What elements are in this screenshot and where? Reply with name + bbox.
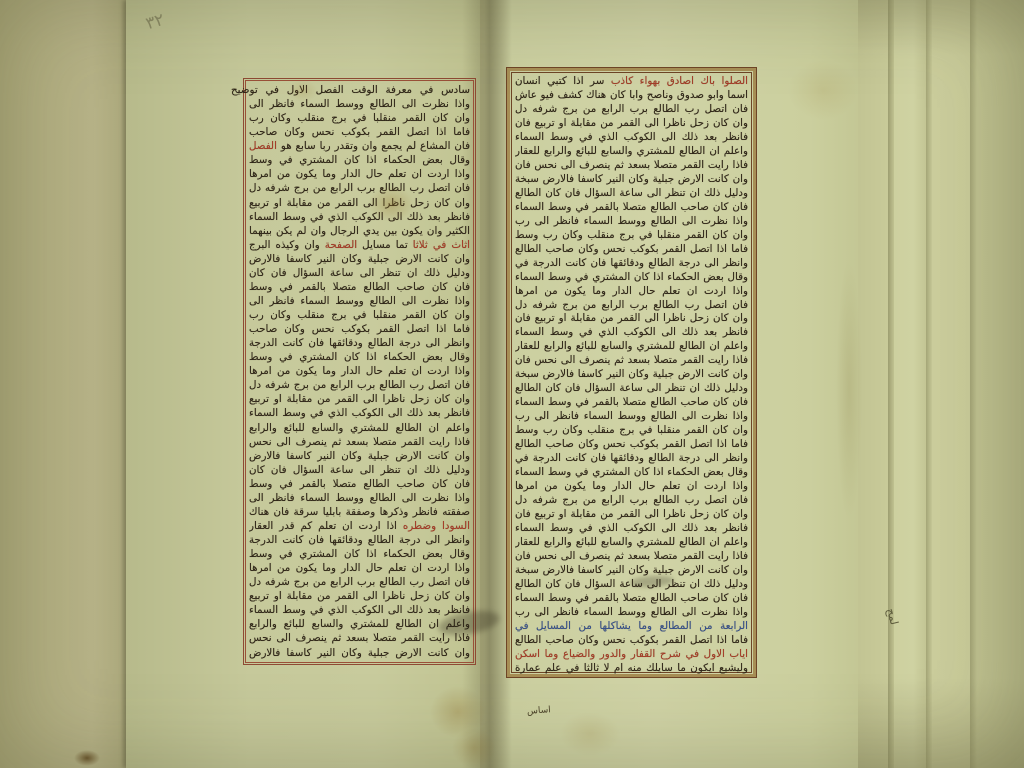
- text-line: وان كان زحل ناظرا الى القمر من مقابلة او…: [515, 117, 748, 131]
- body-text: فاذا رايت القمر متصلا بسعد ثم ينصرف الى …: [249, 632, 470, 645]
- text-line: اسما وابو صدوق وناصح وابا كان هناك كشف ف…: [515, 89, 748, 103]
- text-line: فان اتصل رب الطالع برب الرابع من برج شرف…: [249, 181, 470, 195]
- text-line: فاما اذا اتصل القمر بكوكب نحس وكان صاحب …: [515, 438, 748, 452]
- text-line: وقال بعض الحكماء اذا كان المشتري في وسط …: [249, 153, 470, 167]
- text-line: فان اتصل رب الطالع برب الرابع من برج شرف…: [515, 494, 748, 508]
- text-line: فانظر بعد ذلك الى الكوكب الذي في وسط الس…: [249, 406, 470, 420]
- body-text: واذا نظرت الى الطالع ووسط السماء فانظر ا…: [515, 215, 748, 229]
- text-line: واعلم ان الطالع للمشتري والسابع للبائع و…: [249, 421, 470, 435]
- open-book-photo: ٣٢ سادس في معرفة الوقت الفصل الاول في تو…: [0, 0, 1024, 768]
- body-text: واذا اردت ان تعلم حال الدار وما يكون من …: [249, 365, 470, 378]
- body-text: ودليل ذلك ان تنظر الى ساعة السؤال فان كا…: [515, 382, 748, 396]
- text-line: الكثير وان يكون بين يدي الرجال وان لم يك…: [249, 224, 470, 238]
- body-text: فاما اذا اتصل القمر بكوكب نحس وكان صاحب …: [515, 438, 748, 452]
- body-text: واذا نظرت الى الطالع ووسط السماء فانظر ا…: [515, 606, 748, 620]
- text-line: فان كان صاحب الطالع متصلا بالقمر في وسط …: [249, 477, 470, 491]
- text-line: واذا نظرت الى الطالع ووسط السماء فانظر ا…: [515, 410, 748, 424]
- book-cover-edge-left: [0, 0, 132, 768]
- text-line: وقال بعض الحكماء اذا كان المشتري في وسط …: [249, 350, 470, 364]
- text-line: واعلم ان الطالع للمشتري والسابع للبائع و…: [249, 617, 470, 631]
- body-text: ودليل ذلك ان تنظر الى ساعة السؤال فان كا…: [249, 267, 470, 280]
- body-text: فاذا رايت القمر متصلا بسعد ثم ينصرف الى …: [515, 550, 748, 564]
- text-line: ودليل ذلك ان تنظر الى ساعة السؤال فان كا…: [515, 382, 748, 396]
- text-line: وليشيع ايكون ما سايلك منه ام لا ثالثا في…: [515, 662, 748, 676]
- body-text: واعلم ان الطالع للمشتري والسابع للبائع و…: [515, 145, 748, 159]
- body-text: فانظر بعد ذلك الى الكوكب الذي في وسط الس…: [515, 522, 748, 536]
- body-text: فان كان صاحب الطالع متصلا بالقمر في وسط …: [249, 281, 470, 294]
- text-line: واذا نظرت الى الطالع ووسط السماء فانظر ا…: [249, 97, 470, 111]
- rubricated-text: اياب الاول في شرح القفار والدور والضياع …: [515, 648, 748, 662]
- text-line: وان كانت الارض جبلية وكان النير كاسفا فا…: [249, 449, 470, 463]
- text-line: السودا وضطره اذا اردت ان تعلم كم قدر الع…: [249, 519, 470, 533]
- text-line: واعلم ان الطالع للمشتري والسابع للبائع و…: [515, 340, 748, 354]
- body-text: فانظر بعد ذلك الى الكوكب الذي في وسط الس…: [249, 604, 470, 617]
- text-line: وان كان زحل ناظرا الى القمر من مقابلة او…: [515, 312, 748, 326]
- text-line: واعلم ان الطالع للمشتري والسابع للبائع و…: [515, 536, 748, 550]
- body-text: فاما اذا اتصل القمر بكوكب نحس وكان صاحب …: [249, 323, 470, 336]
- text-line: وقال بعض الحكماء اذا كان المشتري في وسط …: [249, 547, 470, 561]
- body-text: ودليل ذلك ان تنظر الى ساعة السؤال فان كا…: [515, 187, 748, 201]
- body-text: فان اتصل رب الطالع برب الرابع من برج شرف…: [515, 299, 748, 313]
- text-line: فاذا رايت القمر متصلا بسعد ثم ينصرف الى …: [515, 354, 748, 368]
- body-text: وان كان زحل ناظرا الى القمر من مقابلة او…: [249, 197, 470, 210]
- text-line: وان كان زحل ناظرا الى القمر من مقابلة او…: [249, 589, 470, 603]
- fore-edge-pages: [858, 0, 1024, 768]
- text-line: فانظر بعد ذلك الى الكوكب الذي في وسط الس…: [515, 131, 748, 145]
- body-text: وان كان زحل ناظرا الى القمر من مقابلة او…: [515, 312, 748, 326]
- page-edge-line: [888, 0, 894, 768]
- text-line: فان اتصل رب الطالع برب الرابع من برج شرف…: [249, 378, 470, 392]
- body-text: واذا نظرت الى الطالع ووسط السماء فانظر ا…: [249, 492, 470, 505]
- body-text: وانظر الى درجة الطالع ودقائقها فان كانت …: [515, 257, 748, 271]
- ink-spot: [74, 750, 100, 766]
- body-text: فان كان صاحب الطالع متصلا بالقمر في وسط …: [249, 478, 470, 491]
- text-line: واذا اردت ان تعلم حال الدار وما يكون من …: [249, 167, 470, 181]
- body-text: وان كانت الارض جبلية وكان النير كاسفا فا…: [249, 647, 470, 660]
- blue-heading-text: الرابعة من المطالع وما يشاكلها من المساي…: [515, 620, 748, 634]
- body-text: وليشيع ايكون ما سايلك منه ام لا ثالثا في…: [515, 662, 748, 676]
- body-text: فان كان صاحب الطالع متصلا بالقمر في وسط …: [515, 396, 748, 410]
- text-line: ودليل ذلك ان تنظر الى ساعة السؤال فان كا…: [249, 463, 470, 477]
- body-text: واذا اردت ان تعلم حال الدار وما يكون من …: [515, 285, 748, 299]
- body-text: تما مسايل: [362, 239, 408, 251]
- body-text: وان كان القمر منقلبا في برج منقلب وكان ر…: [515, 229, 748, 243]
- body-text: فان اتصل رب الطالع برب الرابع من برج شرف…: [249, 182, 470, 195]
- body-text: واعلم ان الطالع للمشتري والسابع للبائع و…: [249, 618, 470, 631]
- text-line: فاما اذا اتصل القمر بكوكب نحس وكان صاحب …: [515, 634, 748, 648]
- rubricated-text: السودا وضطره: [403, 520, 470, 532]
- text-line: الصلوا باك اصادق بهواء كاذب سر اذا كتبي …: [515, 75, 748, 89]
- body-text: واعلم ان الطالع للمشتري والسابع للبائع و…: [249, 422, 470, 435]
- text-line: سادس في معرفة الوقت الفصل الاول في توضيح…: [231, 83, 470, 97]
- text-line: فانظر بعد ذلك الى الكوكب الذي في وسط الس…: [249, 603, 470, 617]
- text-line: واذا اردت ان تعلم حال الدار وما يكون من …: [515, 285, 748, 299]
- text-line: وان كان القمر منقلبا في برج منقلب وكان ر…: [515, 424, 748, 438]
- page-edge-band: [858, 0, 888, 768]
- body-text: وقال بعض الحكماء اذا كان المشتري في وسط …: [249, 351, 470, 364]
- body-text: وان كان زحل ناظرا الى القمر من مقابلة او…: [249, 590, 470, 603]
- text-line: فاذا رايت القمر متصلا بسعد ثم ينصرف الى …: [515, 159, 748, 173]
- page-edge-band: [977, 0, 1024, 768]
- body-text: فاما اذا اتصل القمر بكوكب نحس وكان صاحب …: [249, 126, 470, 139]
- text-line: واذا نظرت الى الطالع ووسط السماء فانظر ا…: [249, 294, 470, 308]
- text-line: وان كان القمر منقلبا في برج منقلب وكان ر…: [249, 111, 470, 125]
- text-line: اثاث في ثلاثا تما مسايل الصفحة وان وكيذه…: [249, 238, 470, 252]
- body-text: وان كان زحل ناظرا الى القمر من مقابلة او…: [249, 393, 470, 406]
- text-line: واذا نظرت الى الطالع ووسط السماء فانظر ا…: [515, 606, 748, 620]
- body-text: فانظر بعد ذلك الى الكوكب الذي في وسط الس…: [515, 326, 748, 340]
- text-line: صفقته فانظر وذكرها وصفقة بابليا سرقة فان…: [249, 505, 470, 519]
- text-line: وان كان زحل ناظرا الى القمر من مقابلة او…: [515, 508, 748, 522]
- body-text: صفقته فانظر وذكرها وصفقة بابليا سرقة فان…: [249, 506, 470, 519]
- body-text: وقال بعض الحكماء اذا كان المشتري في وسط …: [249, 154, 470, 167]
- text-line: فان كان صاحب الطالع متصلا بالقمر في وسط …: [249, 280, 470, 294]
- body-text: واذا نظرت الى الطالع ووسط السماء فانظر ا…: [515, 410, 748, 424]
- body-text: ودليل ذلك ان تنظر الى ساعة السؤال فان كا…: [249, 464, 470, 477]
- left-text-frame: سادس في معرفة الوقت الفصل الاول في توضيح…: [243, 78, 476, 665]
- left-frame-inner-rule: سادس في معرفة الوقت الفصل الاول في توضيح…: [245, 80, 474, 663]
- text-line: فاذا رايت القمر متصلا بسعد ثم ينصرف الى …: [249, 435, 470, 449]
- text-line: ودليل ذلك ان تنظر الى ساعة السؤال فان كا…: [515, 187, 748, 201]
- body-text: فان اتصل رب الطالع برب الرابع من برج شرف…: [515, 103, 748, 117]
- text-line: فان اتصل رب الطالع برب الرابع من برج شرف…: [515, 299, 748, 313]
- body-text: واذا اردت ان تعلم حال الدار وما يكون من …: [249, 168, 470, 181]
- body-text: فاذا رايت القمر متصلا بسعد ثم ينصرف الى …: [249, 436, 470, 449]
- text-line: وانظر الى درجة الطالع ودقائقها فان كانت …: [249, 533, 470, 547]
- text-line: واذا نظرت الى الطالع ووسط السماء فانظر ا…: [515, 215, 748, 229]
- text-line: فان اتصل رب الطالع برب الرابع من برج شرف…: [249, 575, 470, 589]
- text-line: وقال بعض الحكماء اذا كان المشتري في وسط …: [515, 466, 748, 480]
- body-text: الكثير وان يكون بين يدي الرجال وان لم يك…: [249, 225, 470, 238]
- body-text: فان اتصل رب الطالع برب الرابع من برج شرف…: [515, 494, 748, 508]
- page-edge-band: [894, 0, 926, 768]
- body-text: فاذا رايت القمر متصلا بسعد ثم ينصرف الى …: [515, 354, 748, 368]
- text-line: واذا نظرت الى الطالع ووسط السماء فانظر ا…: [249, 491, 470, 505]
- body-text: وانظر الى درجة الطالع ودقائقها فان كانت …: [249, 534, 470, 547]
- rubricated-text: الصلوا باك اصادق بهواء كاذب: [611, 75, 748, 87]
- text-line: فاما اذا اتصل القمر بكوكب نحس وكان صاحب …: [249, 322, 470, 336]
- text-line: فان المشاع لم يجمع وان وتقدر ربا سابع هو…: [249, 139, 470, 153]
- text-line: فاما اذا اتصل القمر بكوكب نحس وكان صاحب …: [515, 243, 748, 257]
- body-text: فاذا رايت القمر متصلا بسعد ثم ينصرف الى …: [515, 159, 748, 173]
- body-text: وانظر الى درجة الطالع ودقائقها فان كانت …: [249, 337, 470, 350]
- body-text: سادس في معرفة الوقت الفصل الاول في توضيح…: [231, 84, 470, 97]
- text-line: وان كانت الارض جبلية وكان النير كاسفا فا…: [515, 564, 748, 578]
- body-text: واعلم ان الطالع للمشتري والسابع للبائع و…: [515, 340, 748, 354]
- page-edge-line: [926, 0, 932, 768]
- text-line: فانظر بعد ذلك الى الكوكب الذي في وسط الس…: [515, 522, 748, 536]
- body-text: فاما اذا اتصل القمر بكوكب نحس وكان صاحب …: [515, 243, 748, 257]
- text-line: وقال بعض الحكماء اذا كان المشتري في وسط …: [515, 271, 748, 285]
- body-text: وان كانت الارض جبلية وكان النير كاسفا فا…: [515, 173, 748, 187]
- text-line: وان كان زحل ناظرا الى القمر من مقابلة او…: [249, 392, 470, 406]
- body-text: فانظر بعد ذلك الى الكوكب الذي في وسط الس…: [249, 211, 470, 224]
- body-text: فانظر بعد ذلك الى الكوكب الذي في وسط الس…: [249, 407, 470, 420]
- text-line: واذا اردت ان تعلم حال الدار وما يكون من …: [249, 364, 470, 378]
- body-text: وان كان القمر منقلبا في برج منقلب وكان ر…: [515, 424, 748, 438]
- text-line: وان كانت الارض جبلية وكان النير كاسفا فا…: [249, 252, 470, 266]
- text-line: وانظر الى درجة الطالع ودقائقها فان كانت …: [515, 452, 748, 466]
- rubricated-text: اثاث في ثلاثا: [413, 239, 470, 251]
- body-text: وان كانت الارض جبلية وكان النير كاسفا فا…: [249, 450, 470, 463]
- text-line: فانظر بعد ذلك الى الكوكب الذي في وسط الس…: [249, 210, 470, 224]
- body-text: وقال بعض الحكماء اذا كان المشتري في وسط …: [249, 548, 470, 561]
- body-text: فاما اذا اتصل القمر بكوكب نحس وكان صاحب …: [515, 634, 748, 648]
- body-text: وان كانت الارض جبلية وكان النير كاسفا فا…: [515, 564, 748, 578]
- text-line: فاذا رايت القمر متصلا بسعد ثم ينصرف الى …: [249, 631, 470, 645]
- body-text: وان كان زحل ناظرا الى القمر من مقابلة او…: [515, 508, 748, 522]
- text-line: وان كانت الارض جبلية وكان النير كاسفا فا…: [249, 646, 470, 660]
- body-text: وان كانت الارض جبلية وكان النير كاسفا فا…: [515, 368, 748, 382]
- text-line: الرابعة من المطالع وما يشاكلها من المساي…: [515, 620, 748, 634]
- left-text-block: سادس في معرفة الوقت الفصل الاول في توضيح…: [249, 83, 470, 660]
- text-line: فاذا رايت القمر متصلا بسعد ثم ينصرف الى …: [515, 550, 748, 564]
- body-text: واذا اردت ان تعلم حال الدار وما يكون من …: [515, 480, 748, 494]
- body-text: فانظر بعد ذلك الى الكوكب الذي في وسط الس…: [515, 131, 748, 145]
- rubricated-text: الصفحة: [325, 239, 357, 251]
- text-line: فان اتصل رب الطالع برب الرابع من برج شرف…: [515, 103, 748, 117]
- text-line: وان كان القمر منقلبا في برج منقلب وكان ر…: [515, 229, 748, 243]
- body-text: وانظر الى درجة الطالع ودقائقها فان كانت …: [515, 452, 748, 466]
- text-line: اياب الاول في شرح القفار والدور والضياع …: [515, 648, 748, 662]
- text-line: ودليل ذلك ان تنظر الى ساعة السؤال فان كا…: [249, 266, 470, 280]
- body-text: وان كانت الارض جبلية وكان النير كاسفا فا…: [249, 253, 470, 266]
- body-text: فان كان صاحب الطالع متصلا بالقمر في وسط …: [515, 201, 748, 215]
- text-line: وان كانت الارض جبلية وكان النير كاسفا فا…: [515, 368, 748, 382]
- text-line: فاما اذا اتصل القمر بكوكب نحس وكان صاحب …: [249, 125, 470, 139]
- text-line: واذا اردت ان تعلم حال الدار وما يكون من …: [249, 561, 470, 575]
- right-text-frame: الصلوا باك اصادق بهواء كاذب سر اذا كتبي …: [506, 67, 757, 678]
- page-edge-line: [970, 0, 977, 768]
- text-line: وان كان القمر منقلبا في برج منقلب وكان ر…: [249, 308, 470, 322]
- body-text: واعلم ان الطالع للمشتري والسابع للبائع و…: [515, 536, 748, 550]
- text-line: وان كانت الارض جبلية وكان النير كاسفا فا…: [515, 173, 748, 187]
- text-line: واذا اردت ان تعلم حال الدار وما يكون من …: [515, 480, 748, 494]
- page-edge-band: [932, 0, 970, 768]
- body-text: فان كان صاحب الطالع متصلا بالقمر في وسط …: [515, 592, 748, 606]
- body-text: فان اتصل رب الطالع برب الرابع من برج شرف…: [249, 379, 470, 392]
- text-line: وانظر الى درجة الطالع ودقائقها فان كانت …: [515, 257, 748, 271]
- text-line: فان كان صاحب الطالع متصلا بالقمر في وسط …: [515, 592, 748, 606]
- body-text: وان كان القمر منقلبا في برج منقلب وكان ر…: [249, 112, 470, 125]
- body-text: اسما وابو صدوق وناصح وابا كان هناك كشف ف…: [515, 89, 748, 103]
- body-text: وقال بعض الحكماء اذا كان المشتري في وسط …: [515, 271, 748, 285]
- body-text: فان المشاع لم يجمع وان وتقدر ربا سابع هو: [281, 140, 470, 152]
- body-text: واذا اردت ان تعلم حال الدار وما يكون من …: [249, 562, 470, 575]
- body-text: واذا نظرت الى الطالع ووسط السماء فانظر ا…: [249, 295, 470, 308]
- text-line: فان كان صاحب الطالع متصلا بالقمر في وسط …: [515, 201, 748, 215]
- body-text: فان اتصل رب الطالع برب الرابع من برج شرف…: [249, 576, 470, 589]
- body-text: وقال بعض الحكماء اذا كان المشتري في وسط …: [515, 466, 748, 480]
- text-line: وان كان زحل ناظرا الى القمر من مقابلة او…: [249, 196, 470, 210]
- text-line: واعلم ان الطالع للمشتري والسابع للبائع و…: [515, 145, 748, 159]
- catchword: اساس: [527, 705, 551, 717]
- text-line: وانظر الى درجة الطالع ودقائقها فان كانت …: [249, 336, 470, 350]
- text-line: فان كان صاحب الطالع متصلا بالقمر في وسط …: [515, 396, 748, 410]
- body-text: وان كان القمر منقلبا في برج منقلب وكان ر…: [249, 309, 470, 322]
- body-text: وان كان زحل ناظرا الى القمر من مقابلة او…: [515, 117, 748, 131]
- body-text: واذا نظرت الى الطالع ووسط السماء فانظر ا…: [249, 98, 470, 111]
- text-line: فانظر بعد ذلك الى الكوكب الذي في وسط الس…: [515, 326, 748, 340]
